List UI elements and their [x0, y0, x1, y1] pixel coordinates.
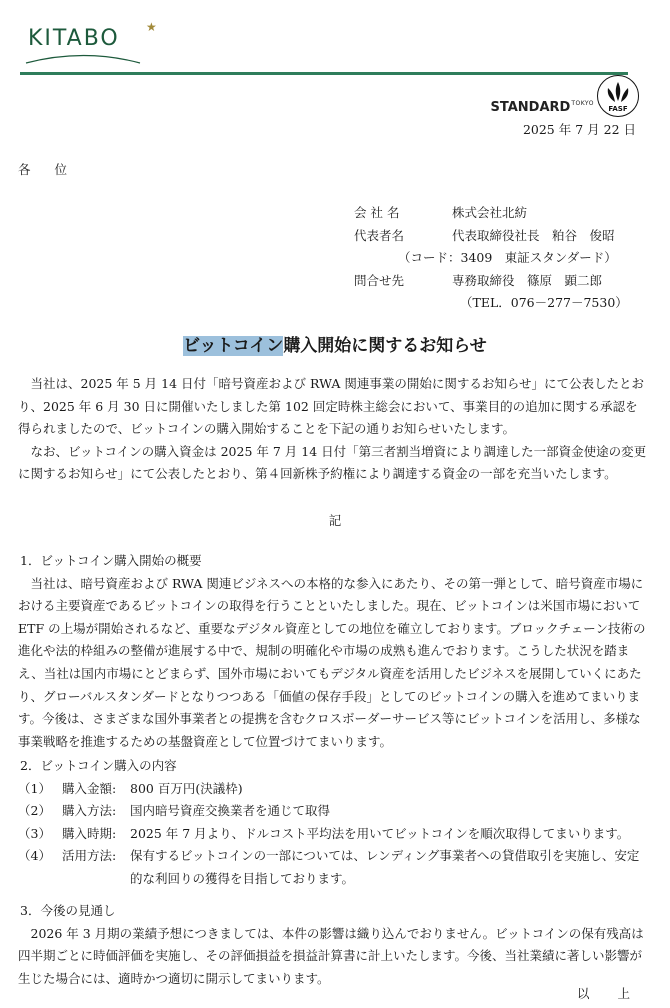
item-value: 保有するビットコインの一部については、レンディング事業者への貸借取引を実施し、安…	[130, 845, 650, 890]
header-rule	[20, 72, 628, 75]
info-key: 代表者名	[354, 225, 452, 248]
fasf-badge-icon: FASF	[596, 74, 640, 118]
svg-text:FASF: FASF	[608, 105, 627, 113]
section-body: 当社は、暗号資産および RWA 関連ビジネスへの本格的な参入にあたり、その第一弾…	[18, 573, 650, 754]
star-icon: ★	[146, 20, 157, 34]
release-date: 2025 年 7 月 22 日	[523, 120, 636, 138]
item-value: 800 百万円(決議枠)	[130, 778, 650, 801]
item-label: 購入方法:	[62, 800, 130, 823]
title-highlighted-text[interactable]: ビットコイン	[183, 336, 283, 356]
info-row-tel: （TEL．076－277－7530）	[354, 292, 628, 315]
logo-text: KITABO	[28, 26, 120, 51]
intro-section: 当社は、2025 年 5 月 14 日付「暗号資産および RWA 関連事業の開始…	[18, 373, 650, 486]
item-label: 購入時期:	[62, 823, 130, 846]
item-number: （3）	[18, 823, 62, 846]
addressee: 各 位	[18, 160, 77, 178]
item-value: 国内暗号資産交換業者を通じて取得	[130, 800, 650, 823]
info-value: 専務取締役 篠原 顕二郎	[452, 270, 602, 293]
document-title: ビットコイン購入開始に関するお知らせ	[0, 331, 670, 356]
info-row-representative: 代表者名 代表取締役社長 粕谷 俊昭	[354, 225, 628, 248]
item-value: 2025 年 7 月より、ドルコスト平均法を用いてビットコインを順次取得してまい…	[130, 823, 650, 846]
list-item: （3） 購入時期: 2025 年 7 月より、ドルコスト平均法を用いてビットコイ…	[18, 823, 650, 846]
info-row-code: （コード：3409 東証スタンダード）	[354, 247, 628, 270]
section-heading: 2．ビットコイン購入の内容	[18, 755, 650, 778]
list-item: （4） 活用方法: 保有するビットコインの一部については、レンディング事業者への…	[18, 845, 650, 890]
kitabo-logo: KITABO ★	[24, 14, 144, 64]
market-name: STANDARD	[491, 100, 571, 115]
item-number: （4）	[18, 845, 62, 890]
info-key: 問合せ先	[354, 270, 452, 293]
item-label: 購入金額:	[62, 778, 130, 801]
market-label: STANDARDTOKYO	[491, 100, 595, 115]
intro-paragraph-2: なお、ビットコインの購入資金は 2025 年 7 月 14 日付「第三者割当増資…	[18, 441, 650, 486]
section-heading: 3．今後の見通し	[18, 900, 650, 923]
info-value: 代表取締役社長 粕谷 俊昭	[452, 225, 615, 248]
logo-arc-icon	[24, 52, 142, 64]
item-number: （1）	[18, 778, 62, 801]
info-row-company: 会 社 名 株式会社北紡	[354, 202, 628, 225]
info-value: 株式会社北紡	[452, 202, 527, 225]
item-label: 活用方法:	[62, 845, 130, 890]
market-sup: TOKYO	[571, 100, 594, 107]
info-key: 会 社 名	[354, 202, 452, 225]
kigo-marker: 記	[0, 511, 670, 529]
section-outlook: 3．今後の見通し 2026 年 3 月期の業績予想につきましては、本件の影響は織…	[18, 900, 650, 990]
company-info: 会 社 名 株式会社北紡 代表者名 代表取締役社長 粕谷 俊昭 （コード：340…	[354, 202, 628, 315]
list-item: （1） 購入金額: 800 百万円(決議枠)	[18, 778, 650, 801]
item-number: （2）	[18, 800, 62, 823]
list-item: （2） 購入方法: 国内暗号資産交換業者を通じて取得	[18, 800, 650, 823]
info-row-contact: 問合せ先 専務取締役 篠原 顕二郎	[354, 270, 628, 293]
section-heading: 1．ビットコイン購入開始の概要	[18, 550, 650, 573]
section-details: 2．ビットコイン購入の内容 （1） 購入金額: 800 百万円(決議枠) （2）…	[18, 755, 650, 891]
section-body: 2026 年 3 月期の業績予想につきましては、本件の影響は織り込んでおりません…	[18, 923, 650, 991]
title-rest: 購入開始に関するお知らせ	[283, 336, 487, 356]
section-overview: 1．ビットコイン購入開始の概要 当社は、暗号資産および RWA 関連ビジネスへの…	[18, 550, 650, 753]
intro-paragraph-1: 当社は、2025 年 5 月 14 日付「暗号資産および RWA 関連事業の開始…	[18, 373, 650, 441]
closing-mark: 以 上	[577, 984, 642, 1002]
